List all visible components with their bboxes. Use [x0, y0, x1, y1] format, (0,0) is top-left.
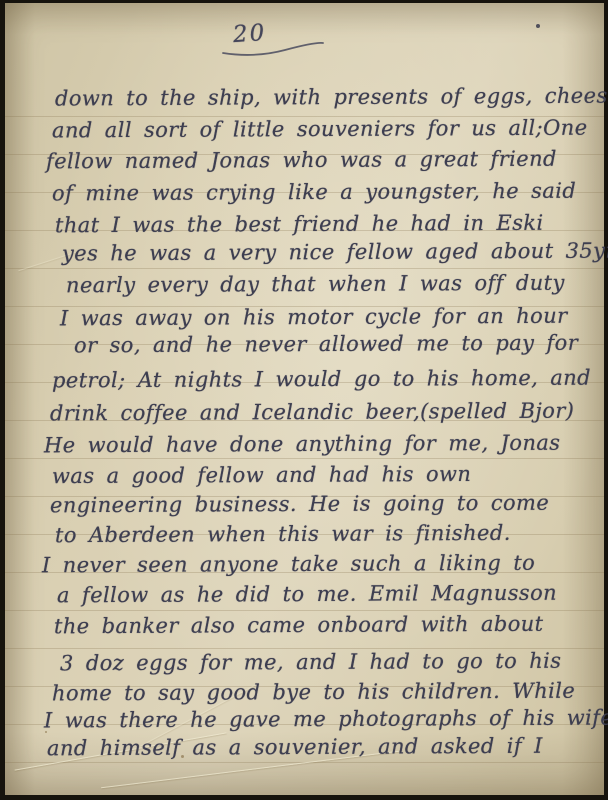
manuscript-line: I was there he gave me photographs of hi… — [44, 706, 608, 733]
manuscript-line: that I was the best friend he had in Esk… — [55, 211, 544, 238]
manuscript-line: nearly every day that when I was off dut… — [66, 271, 565, 298]
manuscript-line: the banker also came onboard with about — [54, 612, 544, 639]
paper-sheet: 20 down to the ship, with presents of eg… — [5, 3, 604, 795]
manuscript-line: of mine was crying like a youngster, he … — [52, 179, 576, 206]
manuscript-line: petrol; At nights I would go to his home… — [52, 366, 591, 393]
ink-dot — [536, 24, 540, 28]
manuscript-line: drink coffee and Icelandic beer,(spelled… — [50, 399, 574, 426]
manuscript-line: down to the ship, with presents of eggs,… — [55, 84, 608, 111]
manuscript-line: He would have done anything for me, Jona… — [44, 431, 561, 458]
manuscript-line: a fellow as he did to me. Emil Magnusson — [57, 581, 557, 608]
manuscript-line: engineering business. He is going to com… — [50, 491, 549, 518]
diary-scan: { "page": { "number": "20" }, "manuscrip… — [0, 0, 608, 800]
manuscript-line: or so, and he never allowed me to pay fo… — [74, 331, 578, 358]
manuscript-line: I never seen anyone take such a liking t… — [42, 551, 535, 578]
manuscript-line: to Aberdeen when this war is finished. — [55, 521, 511, 547]
manuscript-line: home to say good bye to his children. Wh… — [52, 679, 575, 706]
manuscript-line: 3 doz eggs for me, and I had to go to hi… — [60, 649, 562, 676]
page-number-underline — [221, 37, 325, 59]
manuscript-line: yes he was a very nice fellow aged about… — [62, 239, 608, 266]
manuscript-line: fellow named Jonas who was a great frien… — [46, 147, 557, 174]
manuscript-line: was a good fellow and had his own — [52, 462, 471, 488]
manuscript-line: and all sort of little souveniers for us… — [52, 116, 588, 143]
manuscript-line: and himself as a souvenier, and asked if… — [47, 734, 543, 761]
manuscript-line: I was away on his motor cycle for an hou… — [60, 304, 568, 331]
